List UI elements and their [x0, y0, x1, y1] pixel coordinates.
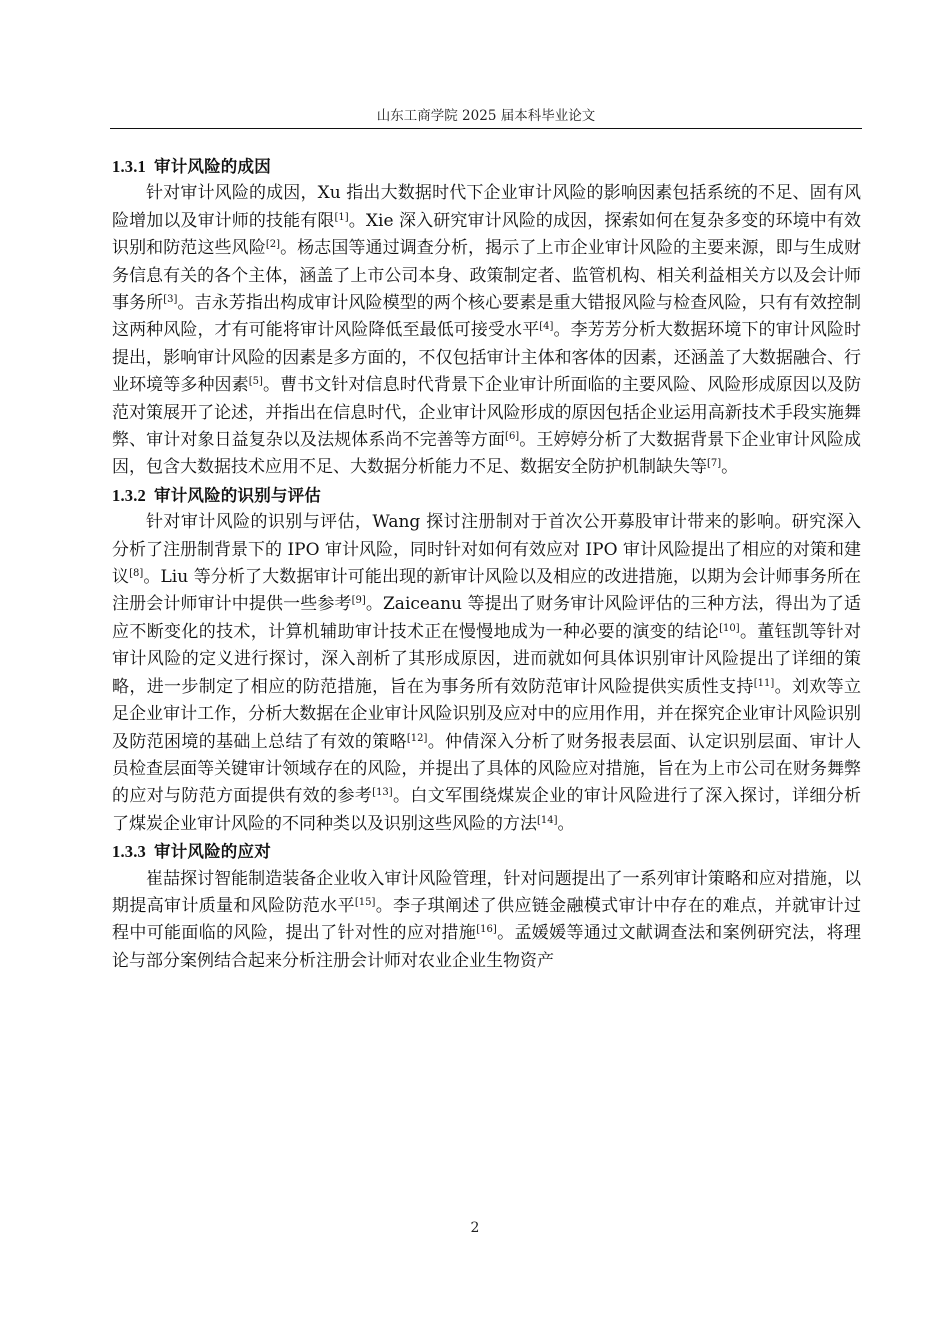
citation-ref: [6]: [505, 431, 519, 442]
section-heading: 1.3.3审计风险的应对: [112, 838, 861, 865]
citation-ref: [14]: [537, 815, 558, 826]
citation-ref: [10]: [719, 623, 740, 634]
paragraph: 针对审计风险的成因，Xu 指出大数据时代下企业审计风险的影响因素包括系统的不足、…: [112, 180, 861, 481]
section-title: 审计风险的成因: [154, 157, 271, 176]
section-heading: 1.3.1审计风险的成因: [112, 153, 861, 180]
citation-ref: [16]: [476, 924, 497, 935]
section-1-3-1: 1.3.1审计风险的成因 针对审计风险的成因，Xu 指出大数据时代下企业审计风险…: [112, 153, 861, 482]
section-1-3-3: 1.3.3审计风险的应对 崔喆探讨智能制造装备企业收入审计风险管理，针对问题提出…: [112, 838, 861, 975]
citation-ref: [15]: [355, 897, 376, 908]
section-number: 1.3.2: [112, 486, 146, 505]
paragraph: 崔喆探讨智能制造装备企业收入审计风险管理，针对问题提出了一系列审计策略和应对措施…: [112, 866, 861, 976]
header-divider: [110, 128, 862, 129]
citation-ref: [2]: [266, 239, 280, 250]
citation-ref: [13]: [372, 787, 393, 798]
citation-ref: [12]: [407, 733, 428, 744]
citation-ref: [11]: [754, 678, 775, 689]
document-body: 1.3.1审计风险的成因 针对审计风险的成因，Xu 指出大数据时代下企业审计风险…: [112, 153, 861, 975]
page-header: 山东工商学院 2025 届本科毕业论文: [110, 104, 862, 124]
citation-ref: [1]: [335, 212, 349, 223]
section-title: 审计风险的识别与评估: [154, 486, 321, 505]
citation-ref: [9]: [352, 595, 366, 606]
section-number: 1.3.1: [112, 157, 146, 176]
section-title: 审计风险的应对: [154, 842, 271, 861]
citation-ref: [7]: [707, 458, 721, 469]
citation-ref: [8]: [129, 568, 143, 579]
citation-ref: [3]: [163, 294, 177, 305]
section-number: 1.3.3: [112, 842, 146, 861]
section-heading: 1.3.2审计风险的识别与评估: [112, 482, 861, 509]
page-number: 2: [0, 1220, 950, 1236]
citation-ref: [5]: [249, 376, 263, 387]
citation-ref: [4]: [539, 321, 553, 332]
paragraph: 针对审计风险的识别与评估，Wang 探讨注册制对于首次公开募股审计带来的影响。研…: [112, 509, 861, 838]
section-1-3-2: 1.3.2审计风险的识别与评估 针对审计风险的识别与评估，Wang 探讨注册制对…: [112, 482, 861, 838]
